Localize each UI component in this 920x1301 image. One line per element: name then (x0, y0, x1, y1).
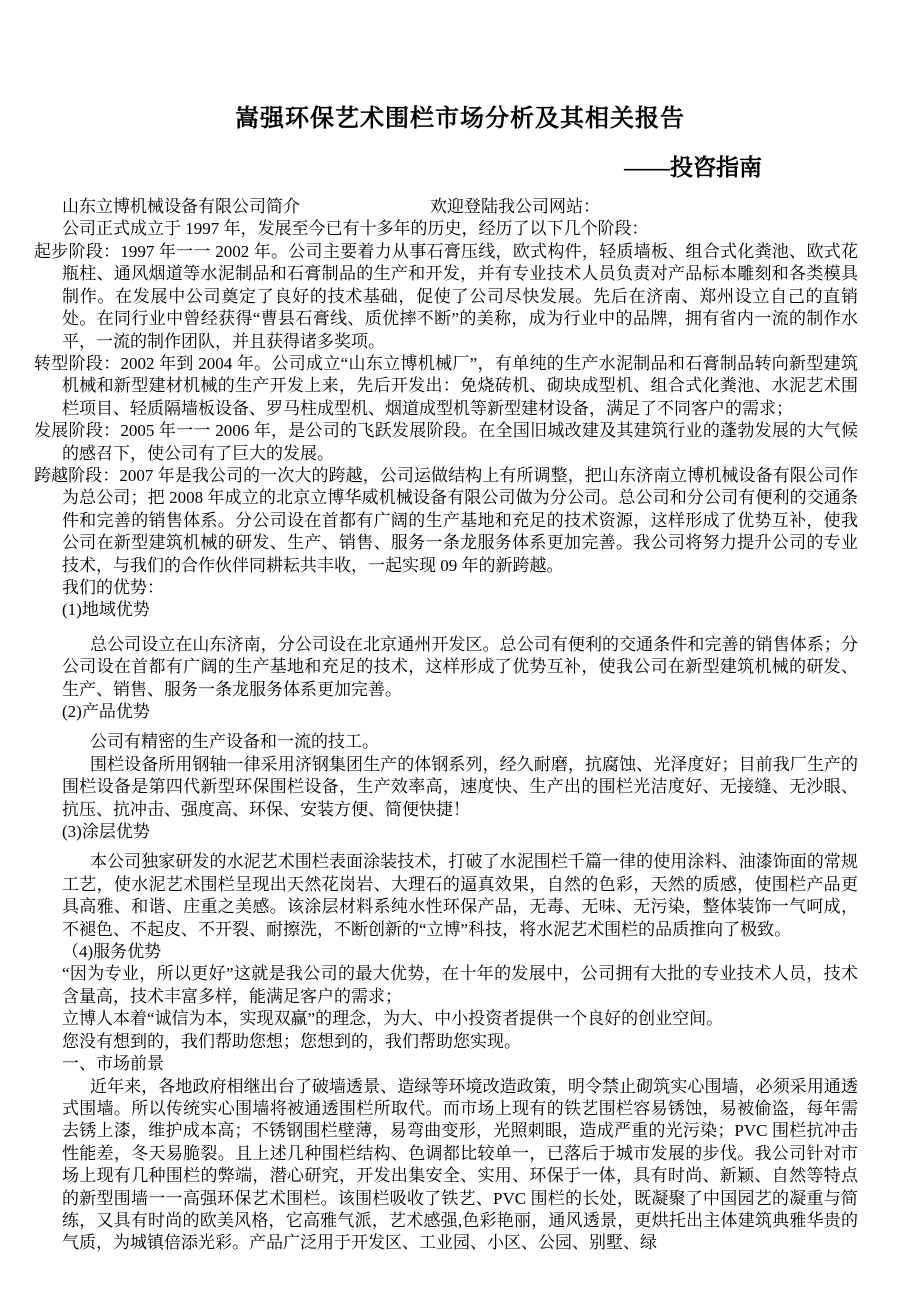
advantage-2-body-2: 围栏设备所用钢轴一律采用济钢集团生产的体钢系列，经久耐磨，抗腐蚀、光泽度好；目前… (62, 754, 858, 821)
stage-leap: 跨越阶段：2007 年是我公司的一次大的跨越，公司运做结构上有所调整，把山东济南… (62, 465, 858, 577)
market-outlook-body: 近年来，各地政府相继出台了破墙透景、造绿等环境改造政策，明令禁止砌筑实心围墙，必… (62, 1076, 858, 1255)
document-title: 嵩强环保艺术围栏市场分析及其相关报告 (0, 104, 920, 135)
intro-line: 山东立博机械设备有限公司简介 欢迎登陆我公司网站： (62, 196, 858, 218)
stage-startup: 起步阶段：1997 年一一 2002 年。公司主要着力从事石膏压线，欧式构件，轻… (62, 241, 858, 353)
advantage-4-body: “因为专业，所以更好”这就是我公司的最大优势，在十年的发展中，公司拥有大批的专业… (62, 963, 858, 1008)
advantages-heading: 我们的优势： (62, 577, 858, 599)
philosophy-statement: 立博人本着“诚信为本，实现双赢”的理念，为大、中小投资者提供一个良好的创业空间。 (62, 1008, 858, 1030)
document-subtitle: ——投咨指南 (0, 153, 920, 183)
company-intro-label: 山东立博机械设备有限公司简介 (62, 196, 430, 218)
advantage-3-heading: (3)涂层优势 (62, 821, 858, 843)
stage-development: 发展阶段：2005 年一一 2006 年，是公司的飞跃发展阶段。在全国旧城改建及… (62, 420, 858, 465)
document-body: 山东立博机械设备有限公司简介 欢迎登陆我公司网站： 公司正式成立于 1997 年… (62, 196, 858, 1255)
market-outlook-heading: 一、市场前景 (62, 1053, 858, 1075)
advantage-2-heading: (2)产品优势 (62, 701, 858, 723)
advantage-4-heading: （4)服务优势 (62, 941, 858, 963)
advantage-2-body-1: 公司有精密的生产设备和一流的技工。 (62, 731, 858, 753)
advantage-1-body: 总公司设立在山东济南，分公司设在北京通州开发区。总公司有便利的交通条件和完善的销… (62, 634, 858, 701)
advantage-3-body: 本公司独家研发的水泥艺术围栏表面涂装技术，打破了水泥围栏千篇一律的使用涂料、油漆… (62, 851, 858, 941)
stage-transform: 转型阶段：2002 年到 2004 年。公司成立“山东立博机械厂”，有单纯的生产… (62, 353, 858, 420)
history-intro: 公司正式成立于 1997 年，发展至今已有十多年的历史，经历了以下几个阶段： (62, 218, 858, 240)
website-prompt: 欢迎登陆我公司网站： (430, 196, 600, 218)
document-page: 嵩强环保艺术围栏市场分析及其相关报告 ——投咨指南 山东立博机械设备有限公司简介… (0, 0, 920, 1301)
slogan-statement: 您没有想到的，我们帮助您想；您想到的，我们帮助您实现。 (62, 1031, 858, 1053)
advantage-1-heading: (1)地域优势 (62, 599, 858, 621)
